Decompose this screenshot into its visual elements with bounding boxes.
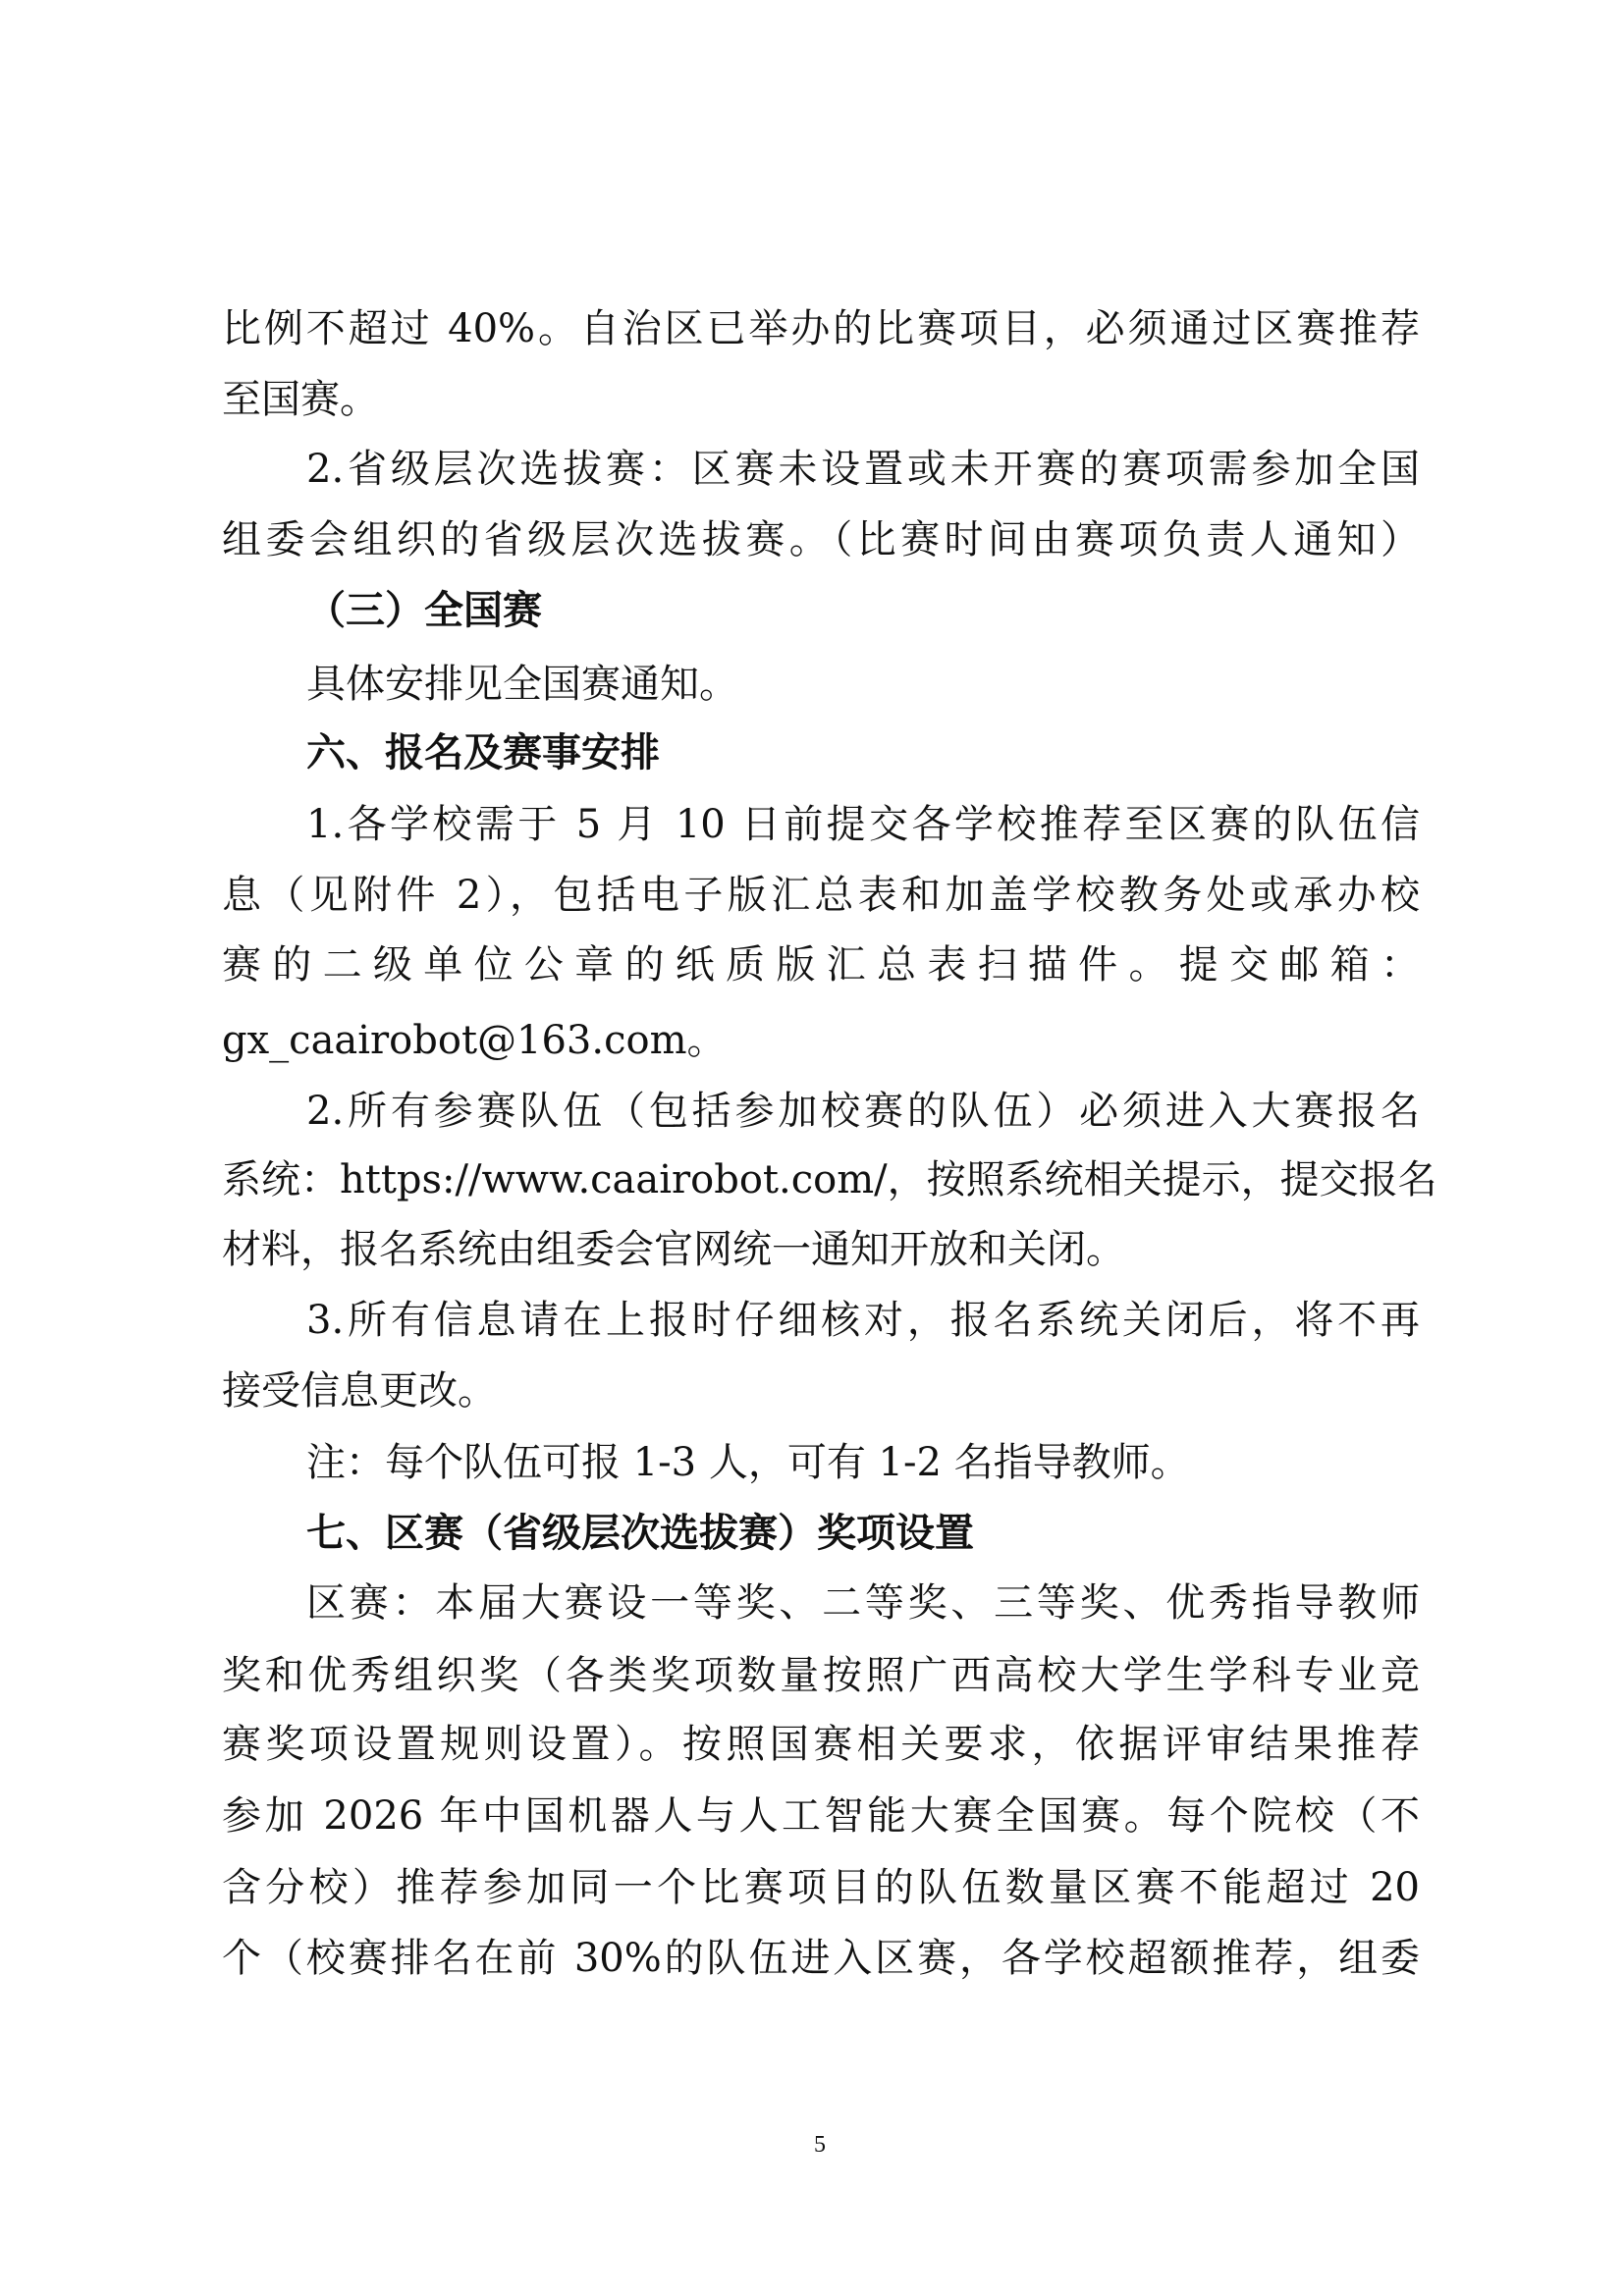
paragraph-line: 3.所有信息请在上报时仔细核对，报名系统关闭后，将不再	[306, 1293, 1420, 1348]
paragraph-line: 赛的二级单位公章的纸质版汇总表扫描件。提交邮箱：	[222, 937, 1420, 992]
paragraph-line: 息（见附件 2），包括电子版汇总表和加盖学校教务处或承办校	[222, 868, 1420, 923]
paragraph-line: 至国赛。	[222, 372, 1420, 427]
paragraph-line: 组委会组织的省级层次选拔赛。（比赛时间由赛项负责人通知）	[222, 512, 1420, 567]
paragraph-line: 2.所有参赛队伍（包括参加校赛的队伍）必须进入大赛报名	[306, 1084, 1420, 1139]
paragraph-line: 含分校）推荐参加同一个比赛项目的队伍数量区赛不能超过 20	[222, 1860, 1420, 1915]
paragraph-line: 比例不超过 40%。自治区已举办的比赛项目，必须通过区赛推荐	[222, 301, 1420, 356]
paragraph-line: 赛奖项设置规则设置）。按照国赛相关要求，依据评审结果推荐	[222, 1717, 1420, 1772]
note-line: 注：每个队伍可报 1-3 人，可有 1-2 名指导教师。	[306, 1435, 1420, 1490]
paragraph-line: 1.各学校需于 5 月 10 日前提交各学校推荐至区赛的队伍信	[306, 797, 1420, 852]
paragraph-line: 具体安排见全国赛通知。	[306, 657, 1420, 712]
paragraph-line: 区赛：本届大赛设一等奖、二等奖、三等奖、优秀指导教师	[306, 1575, 1420, 1630]
document-page: 比例不超过 40%。自治区已举办的比赛项目，必须通过区赛推荐 至国赛。 2.省级…	[0, 0, 1624, 2296]
section-heading-national: （三）全国赛	[306, 583, 1420, 638]
email-line: gx_caairobot@163.com。	[222, 1013, 1420, 1068]
section-heading-awards: 七、区赛（省级层次选拔赛）奖项设置	[306, 1506, 1420, 1561]
page-number: 5	[802, 2132, 838, 2159]
paragraph-line: 奖和优秀组织奖（各类奖项数量按照广西高校大学生学科专业竞	[222, 1648, 1420, 1703]
paragraph-line: 接受信息更改。	[222, 1363, 1420, 1418]
section-heading-registration: 六、报名及赛事安排	[306, 725, 1420, 780]
url-line: 系统：https://www.caairobot.com/，按照系统相关提示，提…	[222, 1152, 1420, 1207]
paragraph-line: 参加 2026 年中国机器人与人工智能大赛全国赛。每个院校（不	[222, 1789, 1420, 1843]
paragraph-line: 材料，报名系统由组委会官网统一通知开放和关闭。	[222, 1222, 1420, 1277]
paragraph-line: 2.省级层次选拔赛：区赛未设置或未开赛的赛项需参加全国	[306, 442, 1420, 497]
paragraph-line: 个（校赛排名在前 30%的队伍进入区赛，各学校超额推荐，组委	[222, 1931, 1420, 1986]
